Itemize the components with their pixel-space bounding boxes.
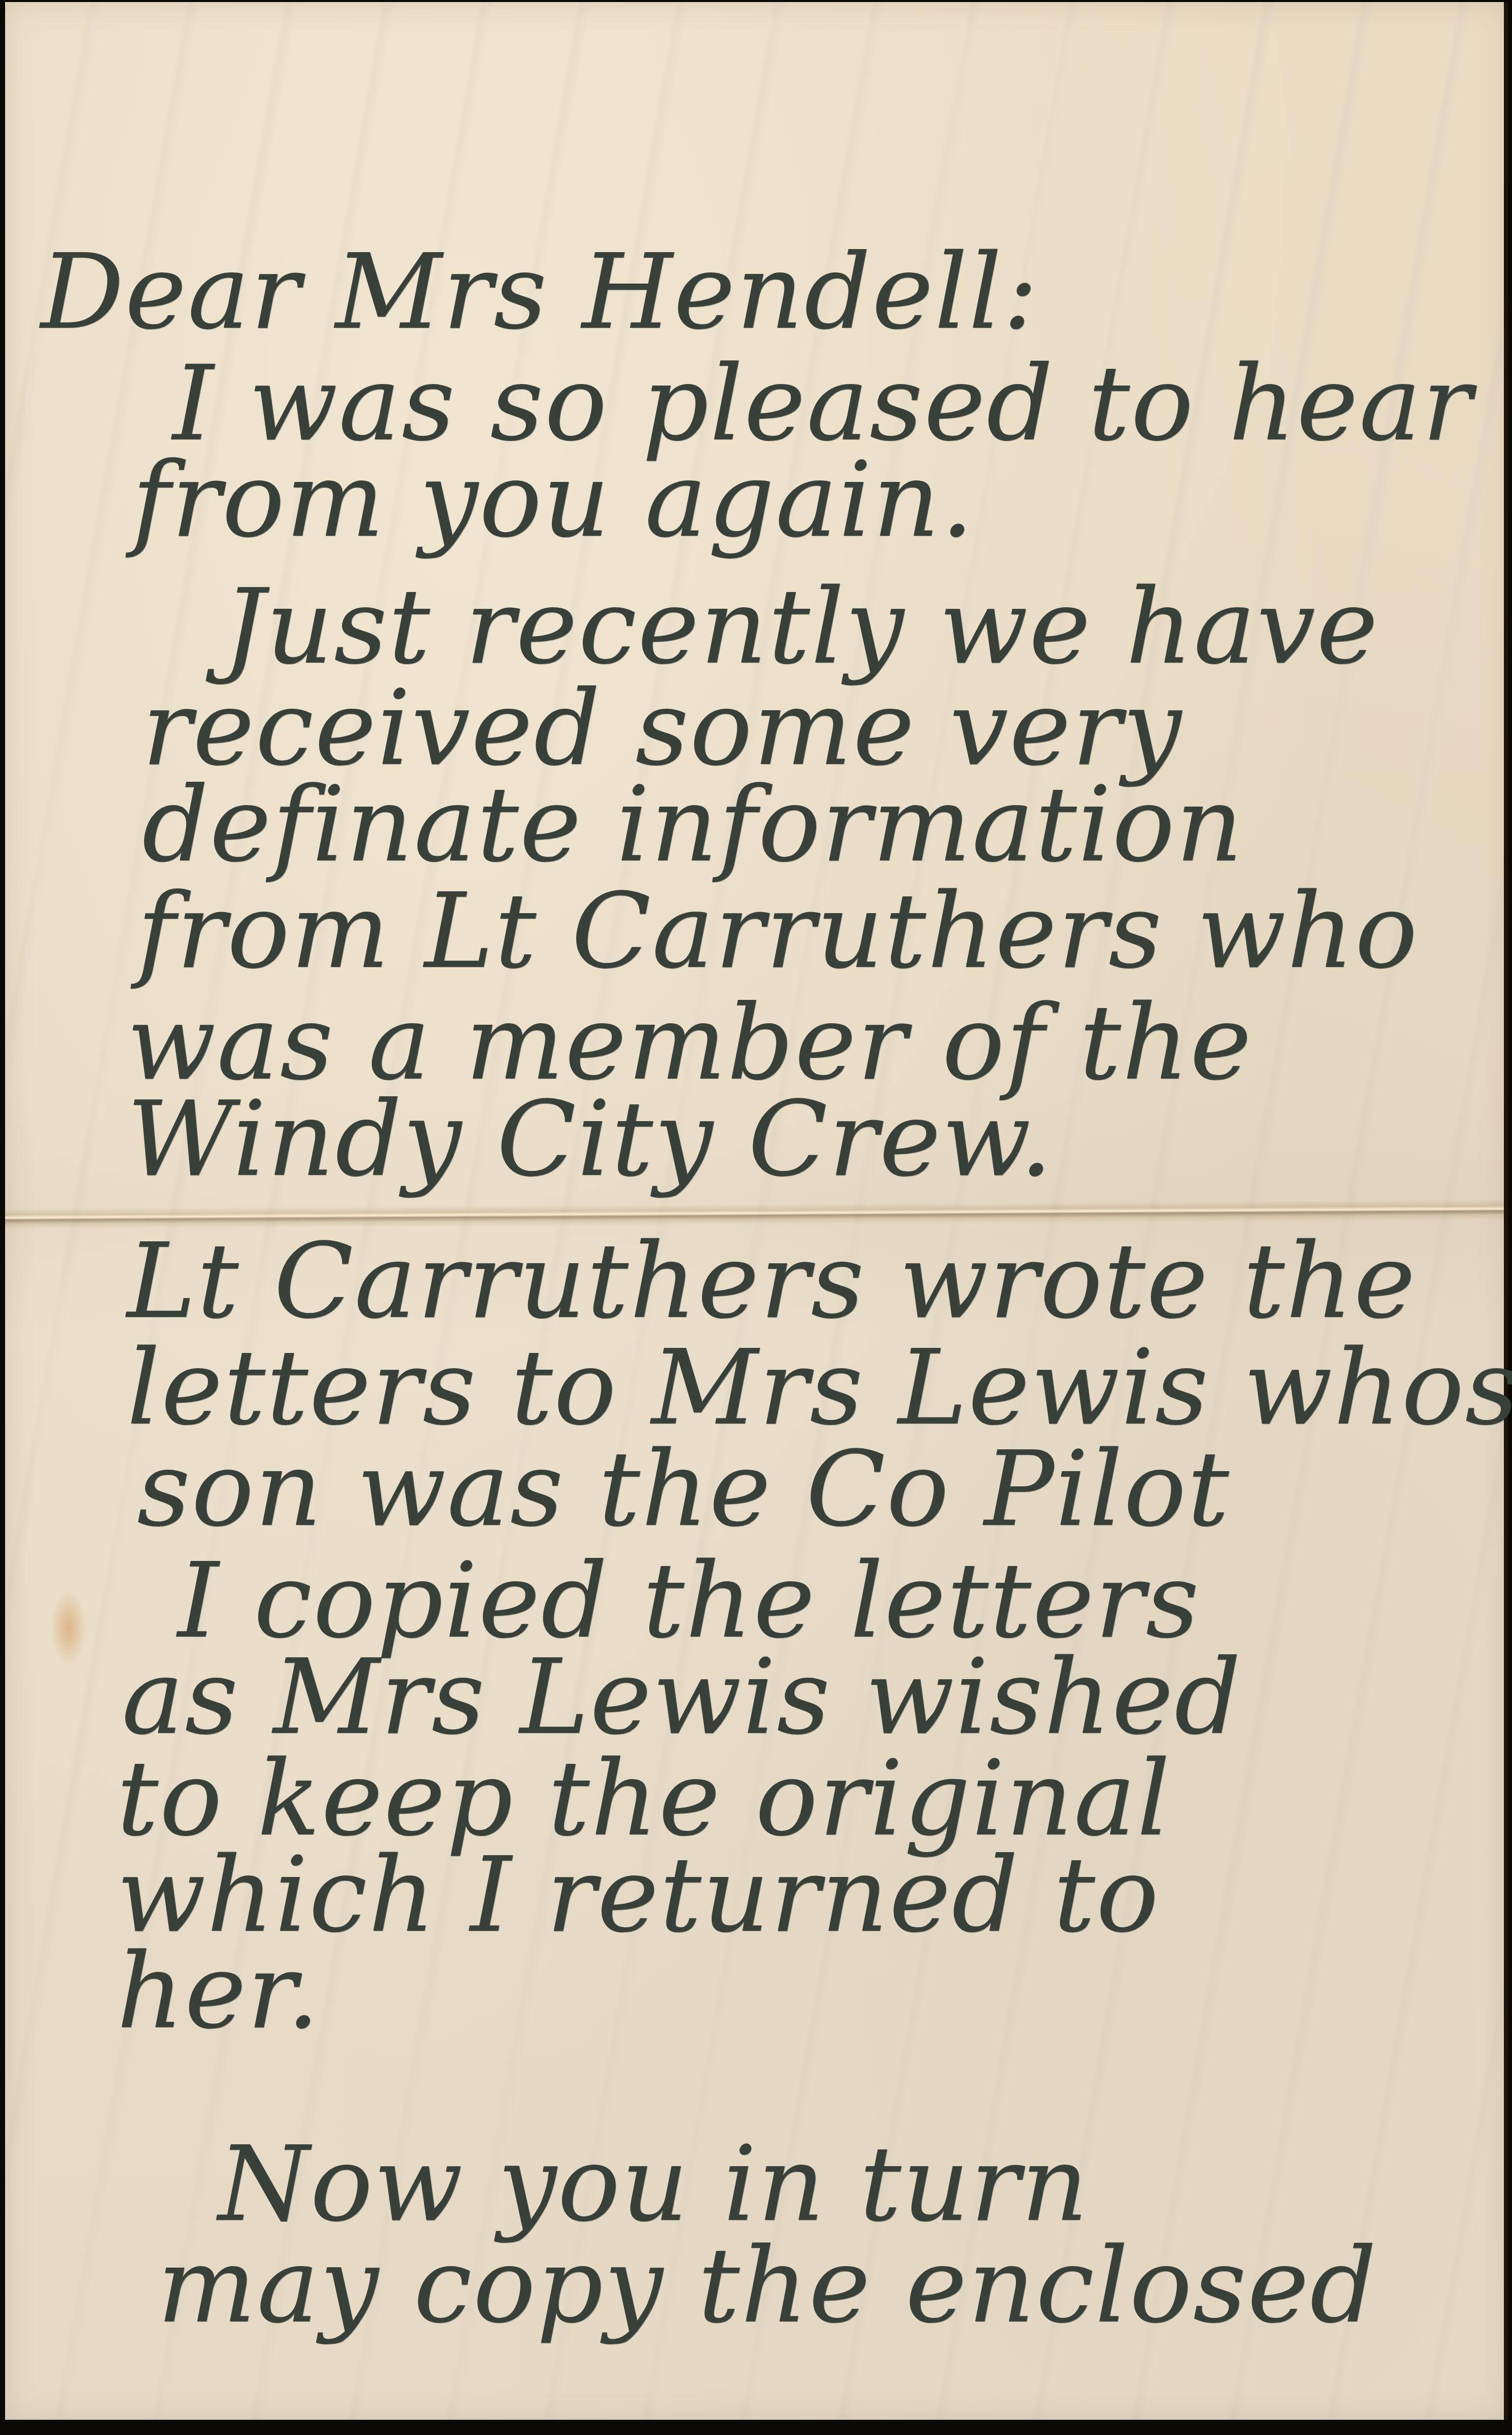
letter-line: from Lt Carruthers who bbox=[137, 880, 1419, 984]
letter-page: Dear Mrs Hendell: I was so pleased to he… bbox=[5, 2, 1508, 2420]
letter-line: definate information bbox=[142, 773, 1244, 877]
letter-line: her. bbox=[117, 1940, 321, 2044]
letter-line: Now you in turn bbox=[218, 2133, 1089, 2237]
letter-body: Dear Mrs Hendell: I was so pleased to he… bbox=[5, 2, 1508, 2420]
letter-line: Windy City Crew. bbox=[127, 1088, 1053, 1192]
letter-line: Just recently we have bbox=[223, 575, 1379, 679]
letter-line: as Mrs Lewis wished bbox=[122, 1646, 1242, 1750]
letter-line: son was the Co Pilot bbox=[137, 1438, 1230, 1542]
letter-line: may copy the enclosed bbox=[157, 2234, 1378, 2338]
letter-line: Lt Carruthers wrote the bbox=[127, 1230, 1416, 1334]
letter-line: letters to Mrs Lewis whose bbox=[127, 1336, 1512, 1440]
salutation: Dear Mrs Hendell: bbox=[41, 240, 1039, 344]
letter-line: from you again. bbox=[132, 448, 975, 552]
